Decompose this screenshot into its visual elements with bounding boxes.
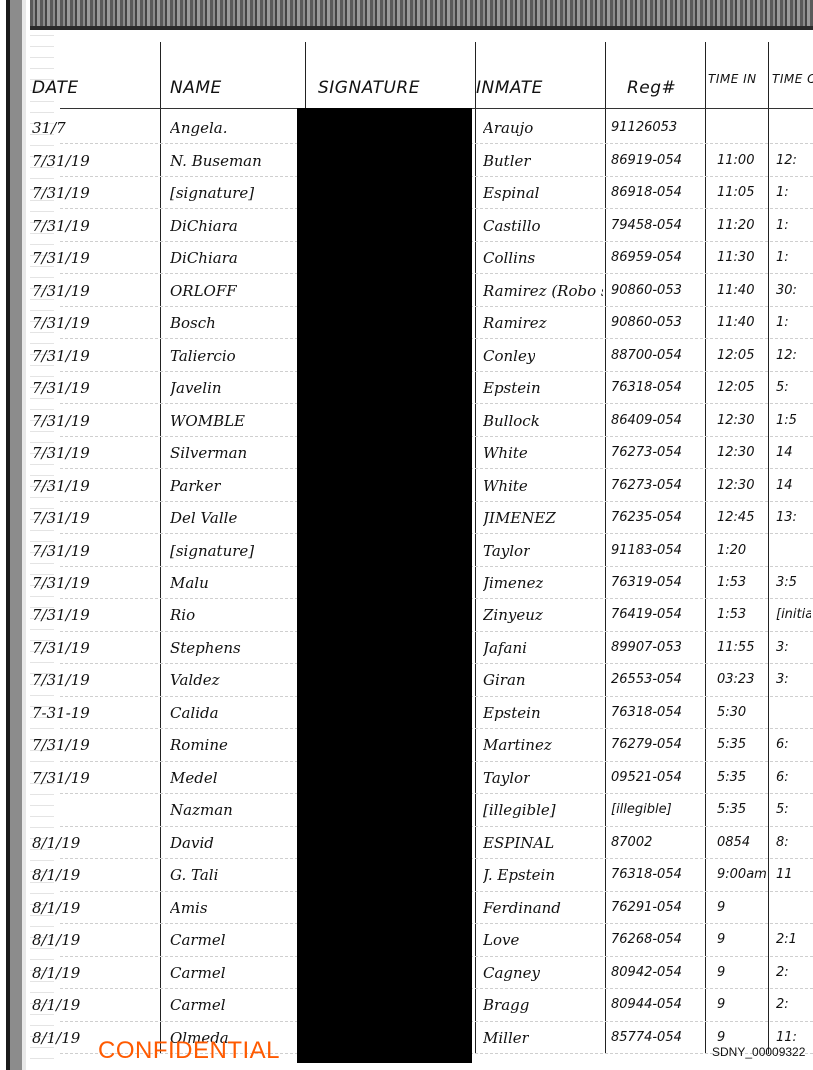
cell-inmate: JIMENEZ xyxy=(483,509,556,527)
cell-name: Bosch xyxy=(170,314,216,332)
cell-time-in: 9 xyxy=(717,964,725,982)
cell-inmate: White xyxy=(483,444,528,462)
cell-time-out: 1: xyxy=(776,249,789,267)
cell-inmate: Espinal xyxy=(483,184,539,202)
cell-reg: 76318-054 xyxy=(611,866,682,884)
cell-date: 7/31/19 xyxy=(32,412,90,430)
cell-name: Carmel xyxy=(170,996,226,1014)
cell-reg: 88700-054 xyxy=(611,347,682,365)
cell-inmate: Zinyeuz xyxy=(483,606,543,624)
cell-inmate: Cagney xyxy=(483,964,540,982)
cell-date: 7/31/19 xyxy=(32,444,90,462)
cell-inmate: ESPINAL xyxy=(483,834,554,852)
cell-date: 7/31/19 xyxy=(32,314,90,332)
cell-inmate: Ramirez (Robo struck) xyxy=(483,282,603,300)
scan-border-top xyxy=(0,0,813,30)
cell-reg: 85774-054 xyxy=(611,1029,682,1047)
cell-name: DiChiara xyxy=(170,217,238,235)
cell-reg: 79458-054 xyxy=(611,217,682,235)
cell-reg: 89907-053 xyxy=(611,639,682,657)
cell-inmate: Giran xyxy=(483,671,526,689)
cell-time-out: 1:5 xyxy=(776,412,797,430)
cell-reg: 76318-054 xyxy=(611,704,682,722)
cell-date: 7/31/19 xyxy=(32,347,90,365)
cell-date: 7/31/19 xyxy=(32,509,90,527)
cell-name: DiChiara xyxy=(170,249,238,267)
cell-time-out: 3: xyxy=(776,671,789,689)
header-time-in: TIME IN xyxy=(708,72,748,86)
cell-reg: 76291-054 xyxy=(611,899,682,917)
cell-inmate: White xyxy=(483,477,528,495)
cell-inmate: [illegible] xyxy=(483,801,556,819)
cell-date: 7/31/19 xyxy=(32,542,90,560)
cell-reg: 26553-054 xyxy=(611,671,682,689)
cell-name: Malu xyxy=(170,574,209,592)
cell-time-out: [initials] xyxy=(776,606,811,624)
cell-name: Calida xyxy=(170,704,219,722)
cell-reg: 76319-054 xyxy=(611,574,682,592)
cell-time-out: 8: xyxy=(776,834,789,852)
cell-date: 7/31/19 xyxy=(32,477,90,495)
cell-date: 8/1/19 xyxy=(32,866,80,884)
cell-time-out: 14 xyxy=(776,444,793,462)
cell-time-in: 12:05 xyxy=(717,379,754,397)
cell-date: 8/1/19 xyxy=(32,996,80,1014)
cell-reg: 86409-054 xyxy=(611,412,682,430)
cell-time-in: 11:40 xyxy=(717,314,754,332)
cell-name: Romine xyxy=(170,736,228,754)
cell-reg: 76318-054 xyxy=(611,379,682,397)
cell-time-in: 12:30 xyxy=(717,444,754,462)
cell-date: 7/31/19 xyxy=(32,639,90,657)
cell-date: 7/31/19 xyxy=(32,769,90,787)
cell-reg: [illegible] xyxy=(611,801,672,819)
cell-time-in: 12:30 xyxy=(717,412,754,430)
cell-date: 31/7 xyxy=(32,119,66,137)
cell-reg: 90860-053 xyxy=(611,282,682,300)
cell-time-in: 12:05 xyxy=(717,347,754,365)
cell-reg: 90860-053 xyxy=(611,314,682,332)
cell-inmate: Taylor xyxy=(483,542,530,560)
cell-date: 7/31/19 xyxy=(32,606,90,624)
cell-name: Stephens xyxy=(170,639,241,657)
cell-reg: 86919-054 xyxy=(611,152,682,170)
cell-time-out: 3: xyxy=(776,639,789,657)
cell-date: 7/31/19 xyxy=(32,671,90,689)
cell-name: Carmel xyxy=(170,931,226,949)
cell-date: 8/1/19 xyxy=(32,1029,80,1047)
cell-reg: 09521-054 xyxy=(611,769,682,787)
cell-reg: 86959-054 xyxy=(611,249,682,267)
cell-date: 7-31-19 xyxy=(32,704,90,722)
signature-redaction-box xyxy=(297,108,472,1063)
cell-date: 7/31/19 xyxy=(32,736,90,754)
header-inmate: INMATE xyxy=(476,78,543,98)
cell-time-out: 12: xyxy=(776,347,797,365)
cell-date: 8/1/19 xyxy=(32,931,80,949)
cell-time-out: 1: xyxy=(776,217,789,235)
cell-time-in: 5:30 xyxy=(717,704,746,722)
column-divider xyxy=(605,42,606,1054)
cell-name: [signature] xyxy=(170,542,254,560)
cell-date: 8/1/19 xyxy=(32,964,80,982)
cell-time-in: 11:40 xyxy=(717,282,754,300)
cell-reg: 76268-054 xyxy=(611,931,682,949)
cell-name: David xyxy=(170,834,214,852)
cell-inmate: Bragg xyxy=(483,996,529,1014)
cell-time-in: 0854 xyxy=(717,834,750,852)
cell-time-in: 11:30 xyxy=(717,249,754,267)
cell-inmate: J. Epstein xyxy=(483,866,555,884)
cell-reg: 91126053 xyxy=(611,119,677,137)
cell-name: Javelin xyxy=(170,379,222,397)
cell-name: Silverman xyxy=(170,444,247,462)
cell-inmate: Jimenez xyxy=(483,574,543,592)
cell-time-out: 2: xyxy=(776,964,789,982)
cell-time-in: 1:53 xyxy=(717,606,746,624)
confidential-stamp: CONFIDENTIAL xyxy=(98,1037,280,1065)
cell-time-in: 9 xyxy=(717,996,725,1014)
cell-name: Amis xyxy=(170,899,208,917)
cell-name: G. Tali xyxy=(170,866,218,884)
cell-time-out: 5: xyxy=(776,379,789,397)
cell-date: 7/31/19 xyxy=(32,217,90,235)
cell-inmate: Castillo xyxy=(483,217,541,235)
cell-time-out: 1: xyxy=(776,314,789,332)
cell-date: 7/31/19 xyxy=(32,184,90,202)
cell-time-in: 11:05 xyxy=(717,184,754,202)
cell-inmate: Araujo xyxy=(483,119,533,137)
cell-name: Medel xyxy=(170,769,218,787)
cell-time-out: 2:1 xyxy=(776,931,797,949)
cell-time-out: 5: xyxy=(776,801,789,819)
cell-time-in: 12:45 xyxy=(717,509,754,527)
cell-reg: 80944-054 xyxy=(611,996,682,1014)
cell-time-in: 5:35 xyxy=(717,769,746,787)
cell-reg: 86918-054 xyxy=(611,184,682,202)
column-divider xyxy=(160,42,161,1054)
cell-date: 7/31/19 xyxy=(32,379,90,397)
cell-time-in: 11:00 xyxy=(717,152,754,170)
cell-name: Carmel xyxy=(170,964,226,982)
cell-time-out: 2: xyxy=(776,996,789,1014)
cell-inmate: Ramirez xyxy=(483,314,547,332)
cell-time-in: 5:35 xyxy=(717,736,746,754)
cell-inmate: Ferdinand xyxy=(483,899,561,917)
cell-name: Rio xyxy=(170,606,195,624)
cell-inmate: Collins xyxy=(483,249,535,267)
cell-date: 8/1/19 xyxy=(32,834,80,852)
cell-inmate: Epstein xyxy=(483,704,541,722)
cell-name: [signature] xyxy=(170,184,254,202)
cell-time-out: 6: xyxy=(776,736,789,754)
cell-name: WOMBLE xyxy=(170,412,245,430)
cell-inmate: Epstein xyxy=(483,379,541,397)
cell-time-out: 3:5 xyxy=(776,574,797,592)
cell-inmate: Martinez xyxy=(483,736,552,754)
cell-reg: 80942-054 xyxy=(611,964,682,982)
cell-time-out: 1: xyxy=(776,184,789,202)
cell-time-out: 14 xyxy=(776,477,793,495)
cell-date: 7/31/19 xyxy=(32,574,90,592)
cell-time-in: 11:20 xyxy=(717,217,754,235)
cell-reg: 91183-054 xyxy=(611,542,682,560)
cell-time-out: 6: xyxy=(776,769,789,787)
cell-date: 8/1/19 xyxy=(32,899,80,917)
cell-time-in: 9 xyxy=(717,931,725,949)
column-divider xyxy=(705,42,706,1054)
cell-name: N. Buseman xyxy=(170,152,262,170)
cell-name: Nazman xyxy=(170,801,233,819)
cell-inmate: Butler xyxy=(483,152,531,170)
cell-time-in: 1:53 xyxy=(717,574,746,592)
cell-name: ORLOFF xyxy=(170,282,237,300)
cell-reg: 76279-054 xyxy=(611,736,682,754)
cell-date: 7/31/19 xyxy=(32,282,90,300)
cell-time-in: 1:20 xyxy=(717,542,746,560)
cell-reg: 76273-054 xyxy=(611,444,682,462)
column-divider xyxy=(475,42,476,1054)
cell-inmate: Love xyxy=(483,931,519,949)
cell-reg: 76235-054 xyxy=(611,509,682,527)
cell-time-out: 12: xyxy=(776,152,797,170)
cell-time-in: 12:30 xyxy=(717,477,754,495)
cell-time-in: 03:23 xyxy=(717,671,754,689)
column-divider xyxy=(768,42,769,1054)
header-date: DATE xyxy=(32,78,79,98)
cell-time-in: 9:00am xyxy=(717,866,766,884)
cell-date: 7/31/19 xyxy=(32,249,90,267)
cell-inmate: Miller xyxy=(483,1029,529,1047)
cell-date: 7/31/19 xyxy=(32,152,90,170)
cell-time-out: 11 xyxy=(776,866,793,884)
cell-name: Angela. xyxy=(170,119,227,137)
cell-inmate: Bullock xyxy=(483,412,540,430)
cell-time-out: 30: xyxy=(776,282,797,300)
cell-inmate: Jafani xyxy=(483,639,527,657)
header-time-out: TIME O xyxy=(772,72,812,86)
cell-reg: 87002 xyxy=(611,834,652,852)
cell-time-in: 9 xyxy=(717,899,725,917)
cell-inmate: Taylor xyxy=(483,769,530,787)
cell-reg: 76273-054 xyxy=(611,477,682,495)
cell-time-in: 5:35 xyxy=(717,801,746,819)
cell-name: Del Valle xyxy=(170,509,237,527)
cell-reg: 76419-054 xyxy=(611,606,682,624)
cell-name: Parker xyxy=(170,477,221,495)
cell-name: Taliercio xyxy=(170,347,236,365)
cell-inmate: Conley xyxy=(483,347,535,365)
header-signature: SIGNATURE xyxy=(318,78,420,98)
header-name: NAME xyxy=(170,78,222,98)
header-reg: Reg# xyxy=(627,78,676,98)
bates-number: SDNY_00009322 xyxy=(712,1045,805,1059)
cell-name: Valdez xyxy=(170,671,220,689)
cell-time-out: 13: xyxy=(776,509,797,527)
cell-time-in: 11:55 xyxy=(717,639,754,657)
